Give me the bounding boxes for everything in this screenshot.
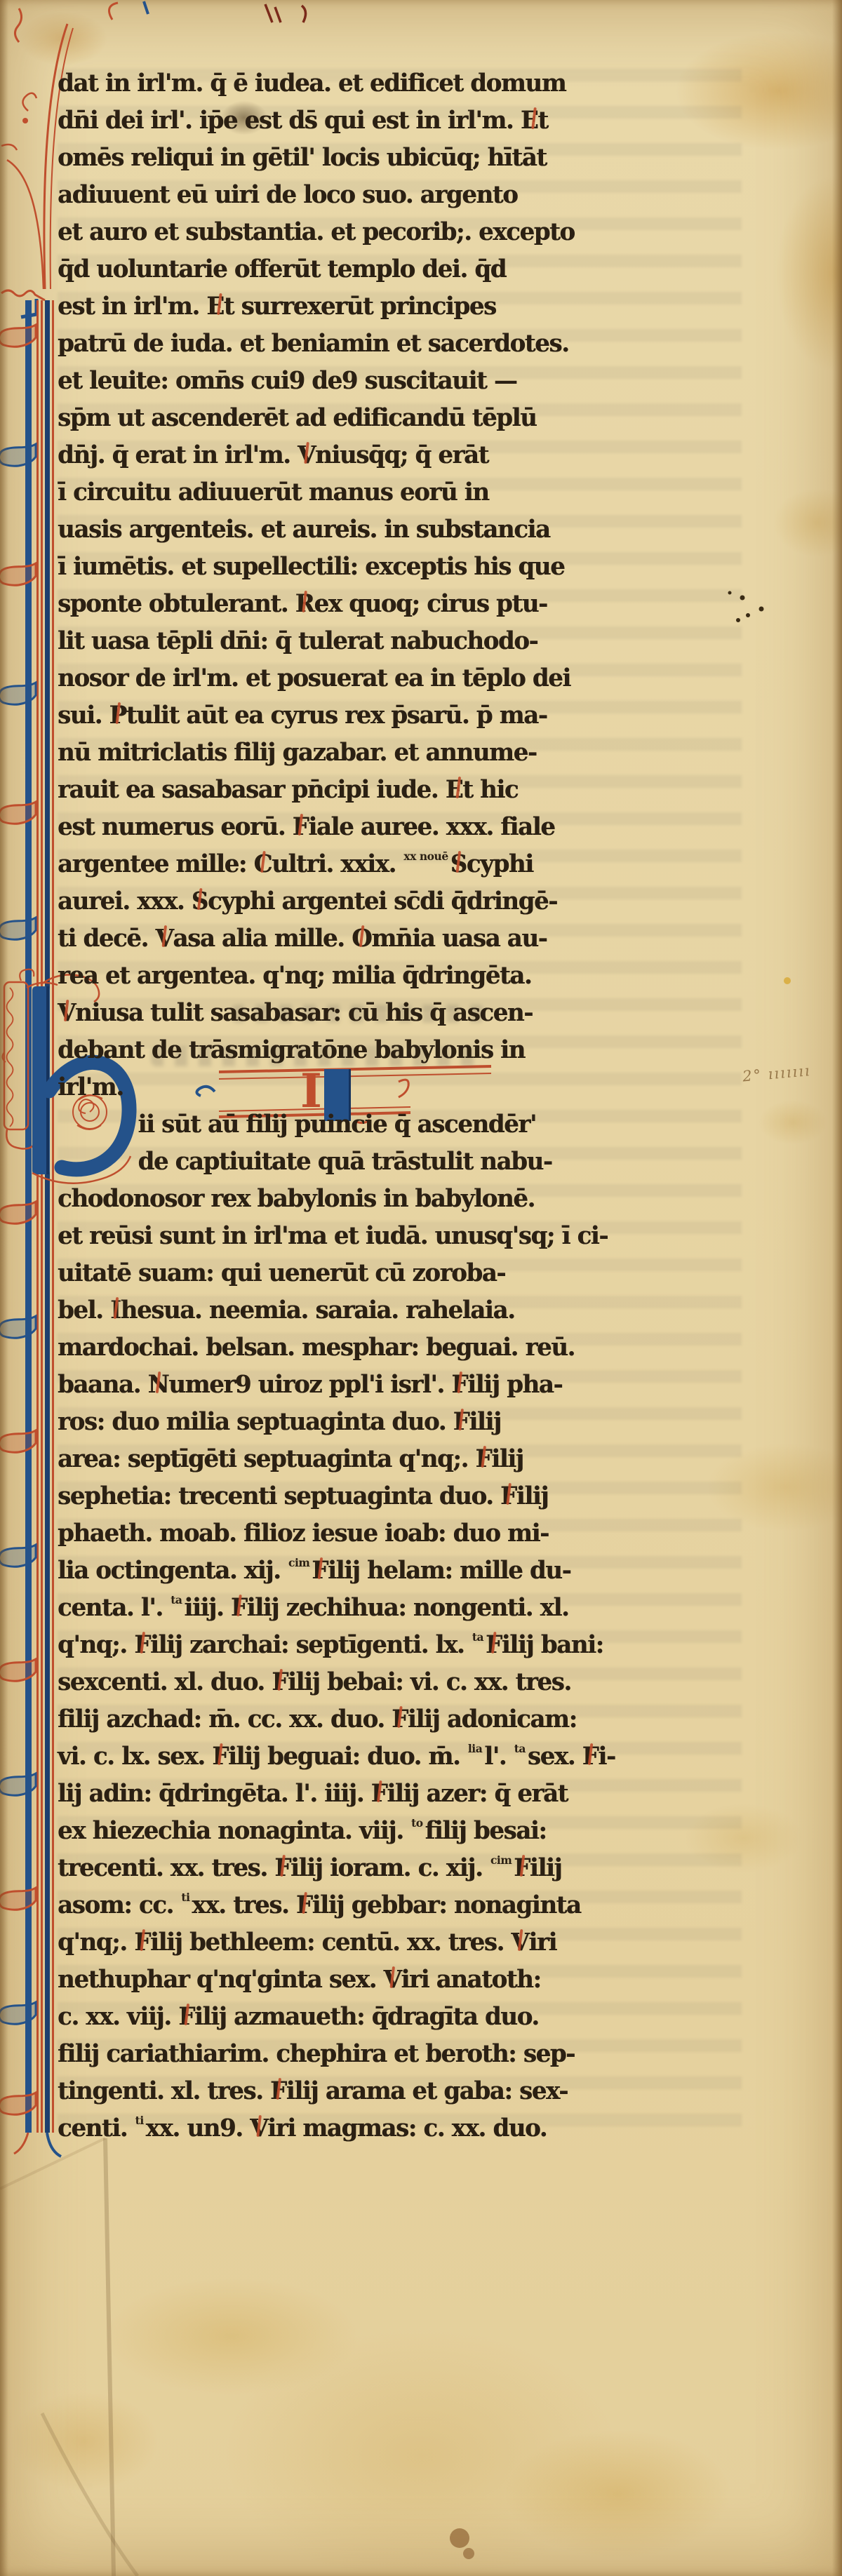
- interlinear-gloss: to: [411, 1816, 423, 1830]
- manuscript-page: I 2° ııııııı dat in irl'm. q̄ ē iudea. e…: [0, 0, 842, 2576]
- text-segment: de captiuitate quā trāstulit nabu-: [138, 1147, 552, 1176]
- text-segment: et reūsi sunt in irl'ma et iudā. unusq's…: [58, 1221, 608, 1250]
- text-segment: rea et argentea. q'nq; milia q̄dringēta.: [58, 961, 531, 990]
- rubricated-capital: F: [451, 1370, 467, 1399]
- rubricated-capital: F: [231, 1593, 247, 1622]
- interlinear-gloss: ta: [472, 1630, 483, 1644]
- text-segment: hesua. neemia. saraia. rahelaia.: [121, 1296, 515, 1324]
- text-segment: est numerus eorū.: [58, 812, 293, 841]
- text-segment: cyphi argentei sc̄di q̄dringē-: [208, 887, 557, 915]
- text-segment: mardochai. belsan. mesphar: beguai. reū.: [58, 1333, 575, 1362]
- text-segment: ilij pha-: [467, 1370, 562, 1399]
- manuscript-line: sexcenti. xl. duo. Filij bebai: vi. c. x…: [58, 1668, 728, 1705]
- text-segment: ilij arama et gaba: sex-: [286, 2077, 568, 2105]
- text-segment: niusa tulit sasabasar: cū his q̄ ascen-: [75, 998, 533, 1027]
- text-segment: ī iumētis. et supellectili: exceptis his…: [58, 552, 564, 581]
- rubricated-capital: V: [384, 1965, 401, 1994]
- manuscript-line: q'nq;. Filij zarchai: septīgenti. lx. ta…: [58, 1630, 728, 1668]
- text-segment: area: septīgēti septuaginta q'nq;.: [58, 1444, 475, 1473]
- rubricated-capital: F: [371, 1779, 387, 1808]
- text-segment: et auro et substantia. et pecorib;. exce…: [58, 217, 575, 246]
- manuscript-line: centi. tixx. un9. Viri magmas: c. xx. du…: [58, 2114, 728, 2151]
- text-segment: q'nq;.: [58, 1928, 134, 1957]
- text-segment: baana.: [58, 1370, 148, 1399]
- manuscript-line: rea et argentea. q'nq; milia q̄dringēta.: [58, 961, 728, 998]
- text-segment: ilij adonicam:: [408, 1705, 577, 1733]
- manuscript-line: sponte obtulerant. Rex quoq; cirus ptu-: [58, 589, 728, 626]
- manuscript-line: et auro et substantia. et pecorib;. exce…: [58, 217, 728, 255]
- manuscript-line: filij azchad: m̄. cc. xx. duo. Filij ado…: [58, 1705, 728, 1742]
- manuscript-line: trecenti. xx. tres. Filij ioram. c. xij.…: [58, 1853, 728, 1891]
- text-segment: ilij: [469, 1407, 501, 1436]
- rubricated-capital: N: [148, 1370, 169, 1399]
- manuscript-line: adiuuent eū uiri de loco suo. argento: [58, 180, 728, 217]
- manuscript-line: chodonosor rex babylonis in babylonē.: [58, 1184, 728, 1221]
- manuscript-line: baana. Numer9 uiroz ppl'i isrl'. Filij p…: [58, 1370, 728, 1407]
- text-segment: ilij: [530, 1853, 562, 1882]
- text-segment: filij cariathiarim. chephira et beroth: …: [58, 2039, 575, 2068]
- text-segment: asom: cc.: [58, 1891, 180, 1919]
- manuscript-line: et leuite: omn̄s cui9 de9 suscitauit —: [58, 366, 728, 403]
- rubricated-capital: F: [582, 1742, 599, 1771]
- rubricated-capital: F: [475, 1444, 491, 1473]
- interlinear-gloss: cim: [288, 1556, 309, 1569]
- text-segment: mn̄ia uasa au-: [371, 924, 547, 953]
- manuscript-line: patrū de iuda. et beniamin et sacerdotes…: [58, 329, 728, 366]
- text-segment: ilij bethleem: centū. xx. tres.: [150, 1928, 511, 1957]
- manuscript-line: lia octingenta. xij. cimFilij helam: mil…: [58, 1556, 728, 1593]
- rubricated-capital: C: [253, 850, 272, 878]
- rubricated-capital: F: [453, 1407, 469, 1436]
- rubricated-capital: F: [514, 1853, 530, 1882]
- manuscript-line: filij cariathiarim. chephira et beroth: …: [58, 2039, 728, 2077]
- rubricated-capital: V: [155, 924, 173, 953]
- text-segment: argentee mille:: [58, 850, 253, 878]
- text-segment: debant de trāsmigratōne babylonis in: [58, 1035, 525, 1064]
- text-segment: sephetia: trecenti septuaginta duo.: [58, 1482, 500, 1510]
- text-segment: trecenti. xx. tres.: [58, 1853, 274, 1882]
- manuscript-line: ī iumētis. et supellectili: exceptis his…: [58, 552, 728, 589]
- interlinear-gloss: ti: [135, 2114, 144, 2127]
- manuscript-line: dn̄j. q̄ erat in irl'm. Vniusq̄q; q̄ erā…: [58, 441, 728, 478]
- manuscript-line: ii sūt aū filij puincie q̄ ascendēr': [58, 1110, 728, 1147]
- text-segment: c. xx. viij.: [58, 2002, 178, 2031]
- interlinear-gloss: cim: [490, 1853, 512, 1867]
- text-segment: dn̄j. q̄ erat in irl'm.: [58, 441, 298, 469]
- manuscript-line: debant de trāsmigratōne babylonis in: [58, 1035, 728, 1073]
- text-segment: cyphi: [467, 850, 533, 878]
- text-segment: ilij bebai: vi. c. xx. tres.: [288, 1668, 571, 1696]
- text-segment: ilij bani:: [502, 1630, 603, 1659]
- margin-note: 2° ııııııı: [742, 1059, 842, 1085]
- manuscript-line: nū mitriclatis filij gazabar. et annume-: [58, 738, 728, 775]
- top-left-flourish: [15, 8, 21, 42]
- text-segment: sponte obtulerant.: [58, 589, 295, 618]
- text-segment: ex quoq; cirus ptu-: [314, 589, 547, 618]
- rubricated-capital: Et: [206, 292, 234, 321]
- manuscript-line: rauit ea sasabasar pn̄cipi iude. Et hic: [58, 775, 728, 812]
- text-column: dat in irl'm. q̄ ē iudea. et edificet do…: [58, 69, 749, 2151]
- text-segment: l'.: [484, 1742, 514, 1771]
- text-segment: filij azchad: m̄. cc. xx. duo.: [58, 1705, 392, 1733]
- rubricated-capital: S: [450, 850, 467, 878]
- manuscript-line: ros: duo milia septuaginta duo. Filij: [58, 1407, 728, 1444]
- text-segment: dat in irl'm. q̄ ē iudea. et edificet do…: [58, 69, 566, 98]
- text-segment: centa. l'.: [58, 1593, 170, 1622]
- rubricated-capital: P: [109, 701, 126, 730]
- manuscript-line: phaeth. moab. filioz iesue ioab: duo mi-: [58, 1519, 728, 1556]
- manuscript-line: ex hiezechia nonaginta. viij. tofilij be…: [58, 1816, 728, 1853]
- text-segment: niusq̄q; q̄ erāt: [315, 441, 488, 469]
- manuscript-line: mardochai. belsan. mesphar: beguai. reū.: [58, 1333, 728, 1370]
- text-segment: ilij ioram. c. xij.: [290, 1853, 490, 1882]
- interlinear-gloss: ta: [171, 1593, 182, 1606]
- text-segment: vi. c. lx. sex.: [58, 1742, 212, 1771]
- text-segment: xx. tres.: [192, 1891, 295, 1919]
- text-segment: asa alia mille.: [173, 924, 352, 953]
- rubricated-capital: R: [295, 589, 314, 618]
- rubricated-capital: F: [312, 1556, 328, 1585]
- manuscript-line: Vniusa tulit sasabasar: cū his q̄ ascen-: [58, 998, 728, 1035]
- manuscript-line: q̄d uoluntarie offerūt templo dei. q̄d: [58, 255, 728, 292]
- text-segment: ī circuitu adiuuerūt manus eorū in: [58, 478, 489, 507]
- page-edge-left: [0, 0, 8, 2576]
- manuscript-line: tingenti. xl. tres. Filij arama et gaba:…: [58, 2077, 728, 2114]
- text-segment: ilij: [516, 1482, 549, 1510]
- text-segment: q̄d uoluntarie offerūt templo dei. q̄d: [58, 255, 506, 283]
- rubricated-capital: Et: [521, 106, 548, 135]
- text-segment: dn̄i dei irl'. ip̄e est ds̄ qui est in i…: [58, 106, 521, 135]
- text-segment: i-: [598, 1742, 615, 1771]
- text-segment: ilij zarchai: septīgenti. lx.: [150, 1630, 472, 1659]
- text-segment: rauit ea sasabasar pn̄cipi iude.: [58, 775, 446, 804]
- rubricated-capital: F: [270, 2077, 286, 2105]
- text-segment: uitatē suam: qui uenerūt cū zoroba-: [58, 1259, 505, 1287]
- manuscript-line: c. xx. viij. Filij azmaueth: q̄dragīta d…: [58, 2002, 728, 2039]
- text-segment: ti decē.: [58, 924, 155, 953]
- interlinear-gloss: ti: [181, 1891, 189, 1904]
- text-segment: patrū de iuda. et beniamin et sacerdotes…: [58, 329, 569, 358]
- manuscript-line: de captiuitate quā trāstulit nabu-: [58, 1147, 728, 1184]
- rubricated-capital: F: [392, 1705, 408, 1733]
- parchment-creases: [0, 2138, 138, 2576]
- text-segment: phaeth. moab. filioz iesue ioab: duo mi-: [58, 1519, 549, 1548]
- text-segment: sexcenti. xl. duo.: [58, 1668, 272, 1696]
- text-segment: ilij beguai: duo. m̄.: [228, 1742, 467, 1771]
- text-segment: tingenti. xl. tres.: [58, 2077, 270, 2105]
- manuscript-line: dn̄i dei irl'. ip̄e est ds̄ qui est in i…: [58, 106, 728, 143]
- rubricated-capital: V: [511, 1928, 528, 1957]
- text-segment: uasis argenteis. et aureis. in substanci…: [58, 515, 550, 544]
- text-segment: hic: [473, 775, 519, 804]
- manuscript-line: asom: cc. tixx. tres. Filij gebbar: nona…: [58, 1891, 728, 1928]
- manuscript-line: nethuphar q'nq'ginta sex. Viri anatoth:: [58, 1965, 728, 2002]
- rubricated-capital: F: [486, 1630, 502, 1659]
- text-segment: ilij azer: q̄ erāt: [387, 1779, 568, 1808]
- rubricated-capital: F: [134, 1630, 150, 1659]
- rubricated-capital: F: [134, 1928, 150, 1957]
- text-segment: sui.: [58, 701, 109, 730]
- text-segment: lit uasa tēpli dn̄i: q̄ tulerat nabuchod…: [58, 626, 537, 655]
- text-segment: aurei. xxx.: [58, 887, 192, 915]
- text-segment: ilij zechihua: nongenti. xl.: [247, 1593, 569, 1622]
- manuscript-line: et reūsi sunt in irl'ma et iudā. unusq's…: [58, 1221, 728, 1259]
- rubricated-capital: Et: [446, 775, 473, 804]
- text-segment: iale auree. xxx. fiale: [308, 812, 554, 841]
- text-segment: filij besai:: [425, 1816, 547, 1845]
- text-segment: chodonosor rex babylonis in babylonē.: [58, 1184, 535, 1213]
- manuscript-line: aurei. xxx. Scyphi argentei sc̄di q̄drin…: [58, 887, 728, 924]
- text-segment: sp̄m ut ascenderēt ad edificandū tēplū: [58, 403, 536, 432]
- rubricated-capital: F: [293, 812, 309, 841]
- text-segment: iri: [528, 1928, 556, 1957]
- rubricated-capital: V: [298, 441, 315, 469]
- manuscript-line: sephetia: trecenti septuaginta duo. Fili…: [58, 1482, 728, 1519]
- text-segment: q'nq;.: [58, 1630, 134, 1659]
- text-segment: ilij helam: mille du-: [328, 1556, 570, 1585]
- manuscript-line: sui. Ptulit aūt ea cyrus rex p̄sarū. p̄ …: [58, 701, 728, 738]
- manuscript-line: centa. l'. taiiij. Filij zechihua: nonge…: [58, 1593, 728, 1630]
- rubricated-capital: F: [178, 2002, 194, 2031]
- rubricated-capital: F: [274, 1853, 290, 1882]
- text-segment: adiuuent eū uiri de loco suo. argento: [58, 180, 517, 209]
- text-segment: lia octingenta. xij.: [58, 1556, 288, 1585]
- manuscript-line: dat in irl'm. q̄ ē iudea. et edificet do…: [58, 69, 728, 106]
- rubricated-capital: F: [500, 1482, 516, 1510]
- text-segment: centi.: [58, 2114, 135, 2142]
- manuscript-line: ti decē. Vasa alia mille. Omn̄ia uasa au…: [58, 924, 728, 961]
- text-segment: nū mitriclatis filij gazabar. et annume-: [58, 738, 537, 767]
- manuscript-line: sp̄m ut ascenderēt ad edificandū tēplū: [58, 403, 728, 441]
- manuscript-line: lit uasa tēpli dn̄i: q̄ tulerat nabuchod…: [58, 626, 728, 664]
- text-segment: ilij gebbar: nonaginta: [312, 1891, 581, 1919]
- rubricated-capital: F: [212, 1742, 228, 1771]
- manuscript-line: ī circuitu adiuuerūt manus eorū in: [58, 478, 728, 515]
- text-segment: ultri. xxix.: [272, 850, 403, 878]
- text-segment: xx. un9.: [146, 2114, 250, 2142]
- text-segment: nosor de irl'm. et posuerat ea in tēplo …: [58, 664, 570, 692]
- manuscript-line: uitatē suam: qui uenerūt cū zoroba-: [58, 1259, 728, 1296]
- text-segment: tulit aūt ea cyrus rex p̄sarū. p̄ ma-: [126, 701, 547, 730]
- manuscript-line: bel. Ihesua. neemia. saraia. rahelaia.: [58, 1296, 728, 1333]
- text-segment: ros: duo milia septuaginta duo.: [58, 1407, 453, 1436]
- rubricated-capital: O: [352, 924, 371, 953]
- page-edge-right: [832, 0, 842, 2576]
- rubricated-capital: F: [296, 1891, 312, 1919]
- interlinear-gloss: lia: [468, 1742, 482, 1755]
- rubricated-capital: V: [58, 998, 75, 1027]
- manuscript-line: est in irl'm. Et surrexerūt principes: [58, 292, 728, 329]
- text-segment: iri magmas: c. xx. duo.: [267, 2114, 547, 2142]
- text-segment: umer9 uiroz ppl'i isrl'.: [168, 1370, 451, 1399]
- text-segment: est in irl'm.: [58, 292, 206, 321]
- manuscript-line: area: septīgēti septuaginta q'nq;. Filij: [58, 1444, 728, 1482]
- text-segment: ex hiezechia nonaginta. viij.: [58, 1816, 410, 1845]
- rubricated-capital: I: [110, 1296, 121, 1324]
- manuscript-line: q'nq;. Filij bethleem: centū. xx. tres. …: [58, 1928, 728, 1965]
- margin-vertical-bars: [14, 300, 61, 2156]
- rubricated-capital: F: [272, 1668, 288, 1696]
- text-segment: et leuite: omn̄s cui9 de9 suscitauit —: [58, 366, 516, 395]
- text-segment: lij adin: q̄dringēta. l'. iiij.: [58, 1779, 371, 1808]
- manuscript-line: vi. c. lx. sex. Filij beguai: duo. m̄. l…: [58, 1742, 728, 1779]
- rubricated-capital: S: [192, 887, 208, 915]
- manuscript-line: nosor de irl'm. et posuerat ea in tēplo …: [58, 664, 728, 701]
- text-segment: iri anatoth:: [401, 1965, 541, 1994]
- text-segment: ilij: [491, 1444, 523, 1473]
- manuscript-line: est numerus eorū. Fiale auree. xxx. fial…: [58, 812, 728, 850]
- text-segment: irl'm.: [58, 1073, 123, 1101]
- text-segment: bel.: [58, 1296, 110, 1324]
- manuscript-line: irl'm.: [58, 1073, 728, 1110]
- manuscript-line: lij adin: q̄dringēta. l'. iiij. Filij az…: [58, 1779, 728, 1816]
- text-segment: ii sūt aū filij puincie q̄ ascendēr': [138, 1110, 536, 1139]
- text-segment: nethuphar q'nq'ginta sex.: [58, 1965, 384, 1994]
- interlinear-gloss: xx nouē: [403, 850, 448, 863]
- text-segment: omēs reliqui in gētil' locis ubicūq; hīt…: [58, 143, 547, 172]
- text-segment: ilij azmaueth: q̄dragīta duo.: [194, 2002, 539, 2031]
- text-segment: surrexerūt principes: [234, 292, 496, 321]
- interlinear-gloss: ta: [514, 1742, 526, 1755]
- rubricated-capital: V: [250, 2114, 267, 2142]
- manuscript-line: uasis argenteis. et aureis. in substanci…: [58, 515, 728, 552]
- manuscript-line: argentee mille: Cultri. xxix. xx nouēScy…: [58, 850, 728, 887]
- manuscript-line: omēs reliqui in gētil' locis ubicūq; hīt…: [58, 143, 728, 180]
- text-segment: sex.: [528, 1742, 582, 1771]
- text-segment: iiij.: [184, 1593, 230, 1622]
